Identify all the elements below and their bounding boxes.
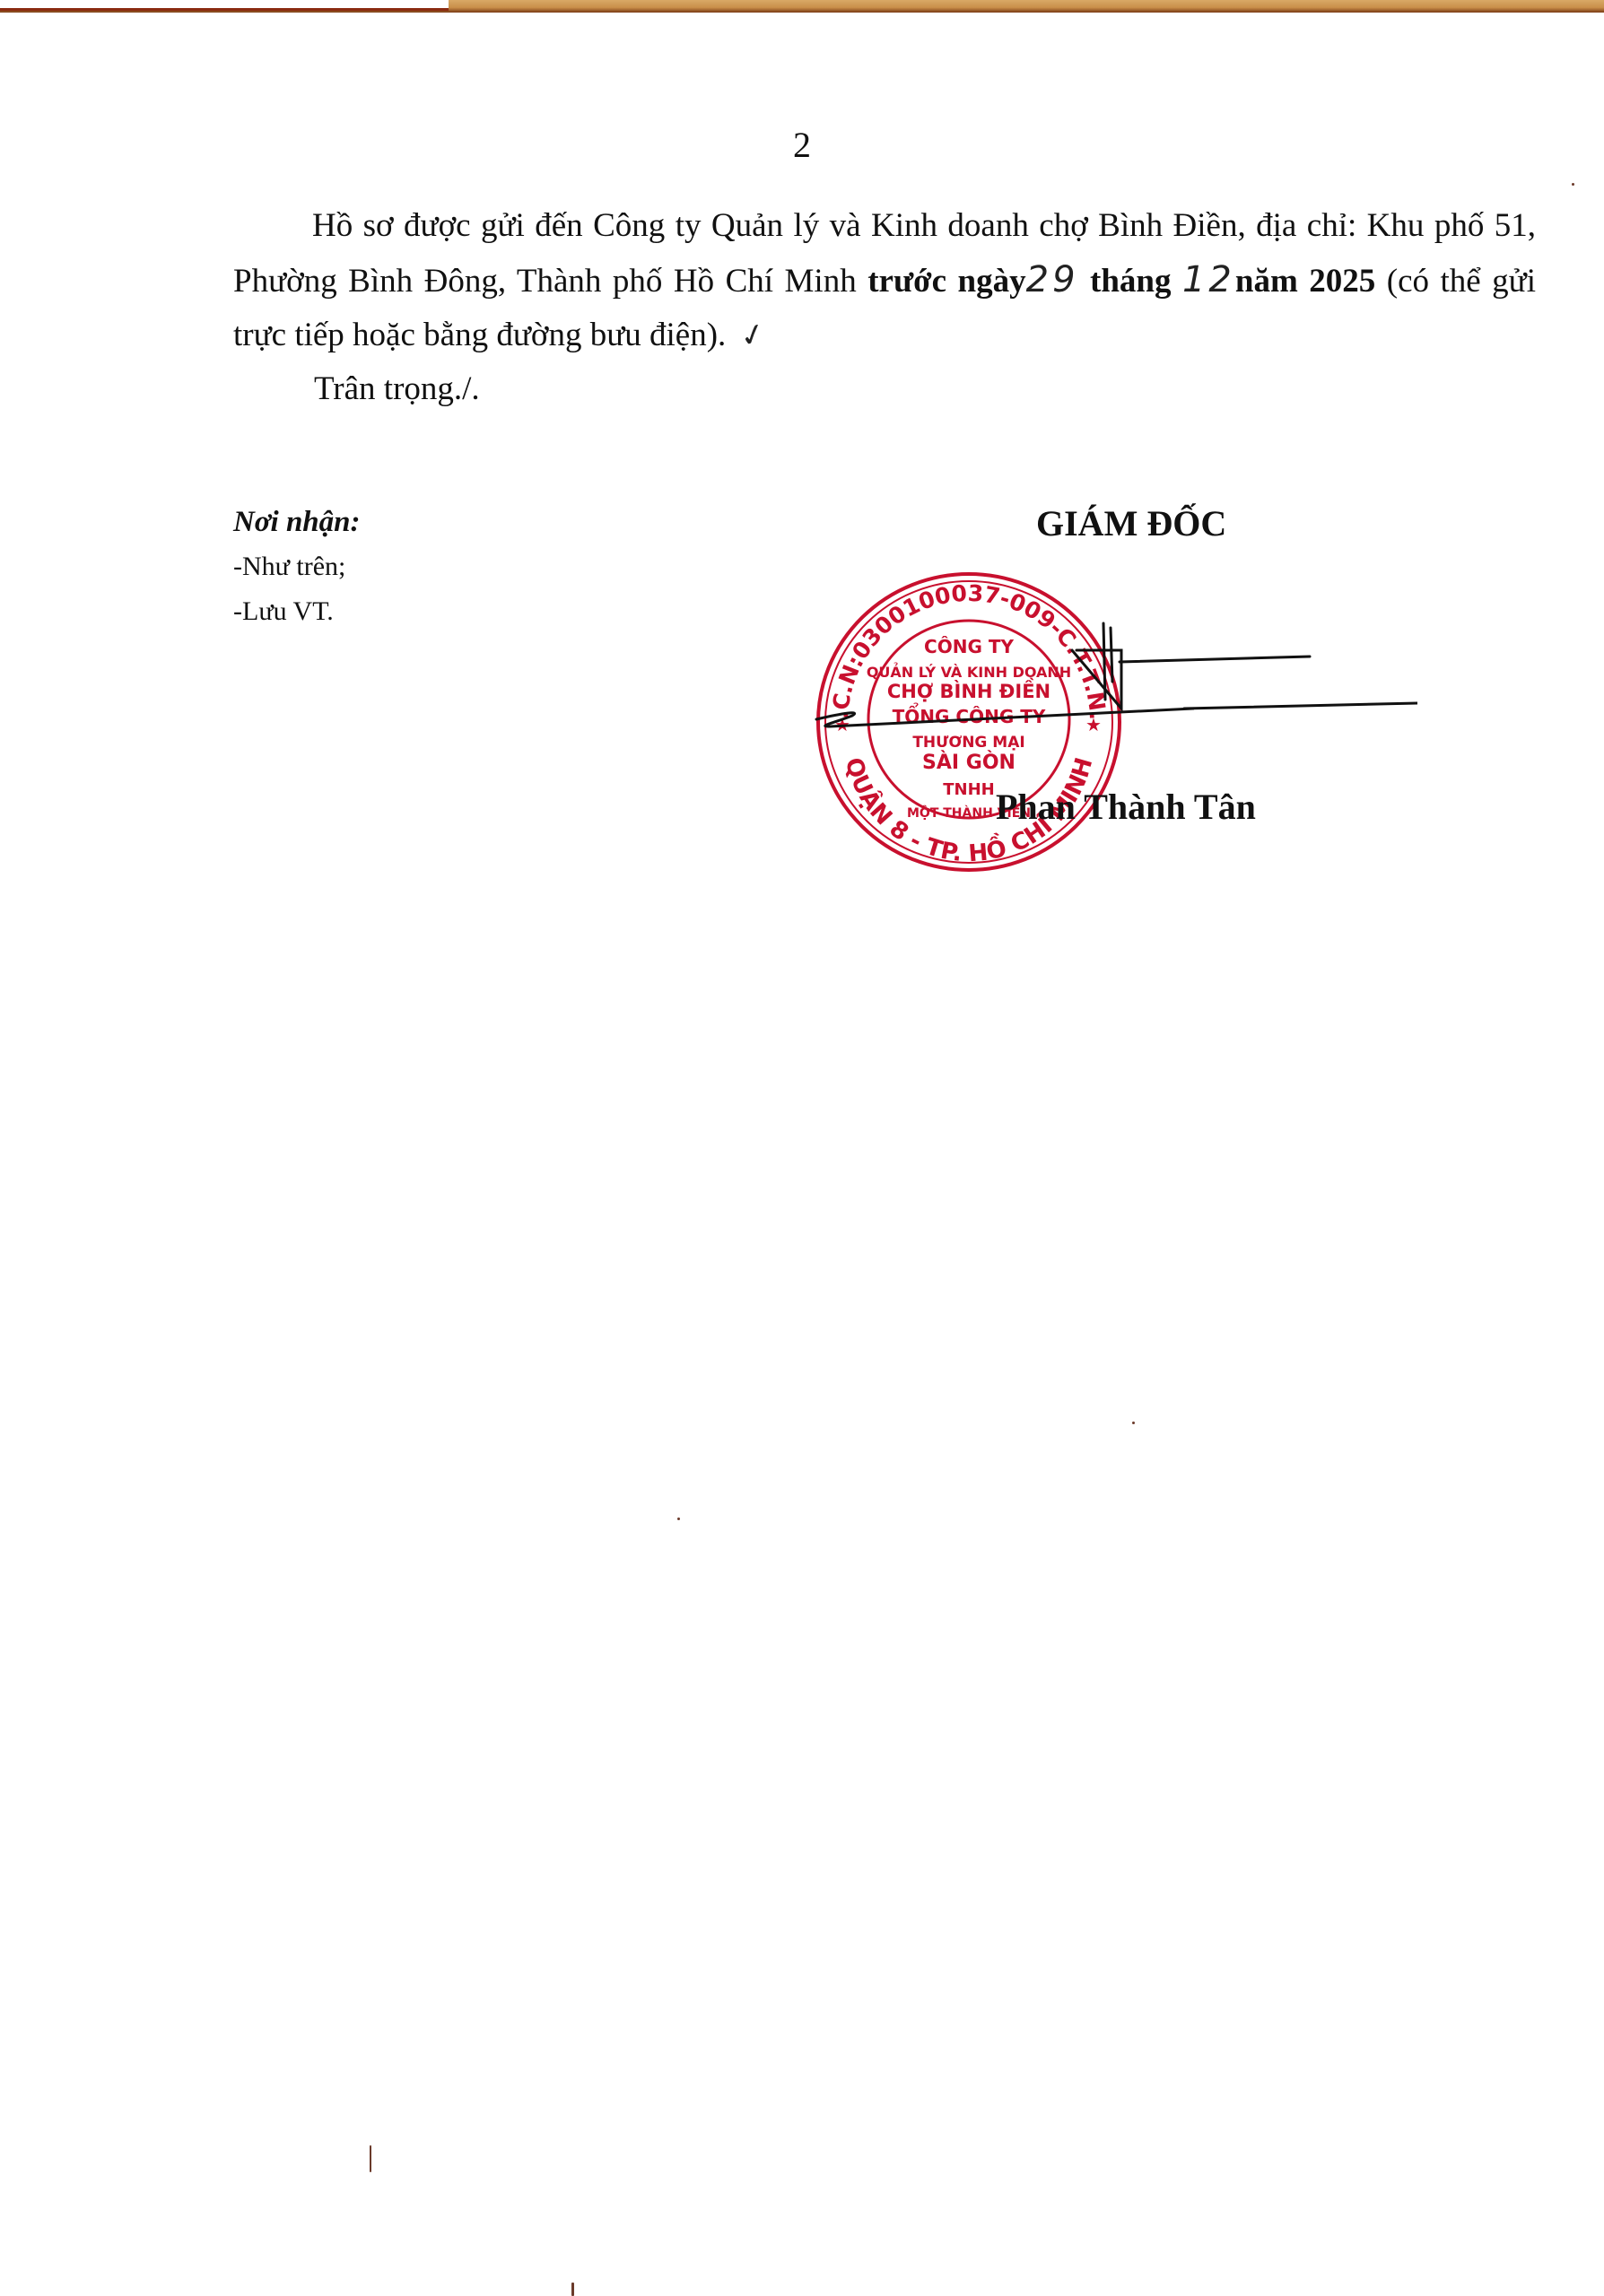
paper-edge xyxy=(0,0,449,11)
signature-title: GIÁM ĐỐC xyxy=(1036,502,1226,544)
scan-speck xyxy=(370,2145,371,2172)
scan-background-edge xyxy=(0,0,1604,13)
signer-name: Phan Thành Tân xyxy=(996,786,1256,828)
svg-text:SÀI GÒN: SÀI GÒN xyxy=(922,751,1016,774)
recipient-item: -Như trên; xyxy=(233,544,361,589)
closing-line: Trân trọng./. xyxy=(314,370,480,408)
initial-check-icon: ✓ xyxy=(734,306,772,364)
month-label: tháng xyxy=(1090,263,1171,300)
deadline-prefix: trước ngày xyxy=(867,263,1025,300)
handwritten-month: 12 xyxy=(1182,259,1235,300)
year-label: năm xyxy=(1235,263,1298,300)
page-number: 2 xyxy=(0,124,1604,166)
body-paragraph: Hồ sơ được gửi đến Công ty Quản lý và Ki… xyxy=(233,199,1536,362)
scan-speck xyxy=(1132,1422,1135,1424)
deadline-year: 2025 xyxy=(1309,263,1375,300)
svg-text:TNHH: TNHH xyxy=(943,780,994,799)
handwritten-day: 29 xyxy=(1026,259,1079,300)
signature-icon xyxy=(807,610,1417,753)
scan-speck xyxy=(1572,183,1574,186)
scan-speck xyxy=(571,2283,574,2296)
scan-speck xyxy=(677,1518,680,1520)
recipients-block: Nơi nhận: -Như trên; -Lưu VT. xyxy=(233,500,361,634)
recipient-item: -Lưu VT. xyxy=(233,589,361,634)
recipients-title: Nơi nhận: xyxy=(233,500,361,544)
